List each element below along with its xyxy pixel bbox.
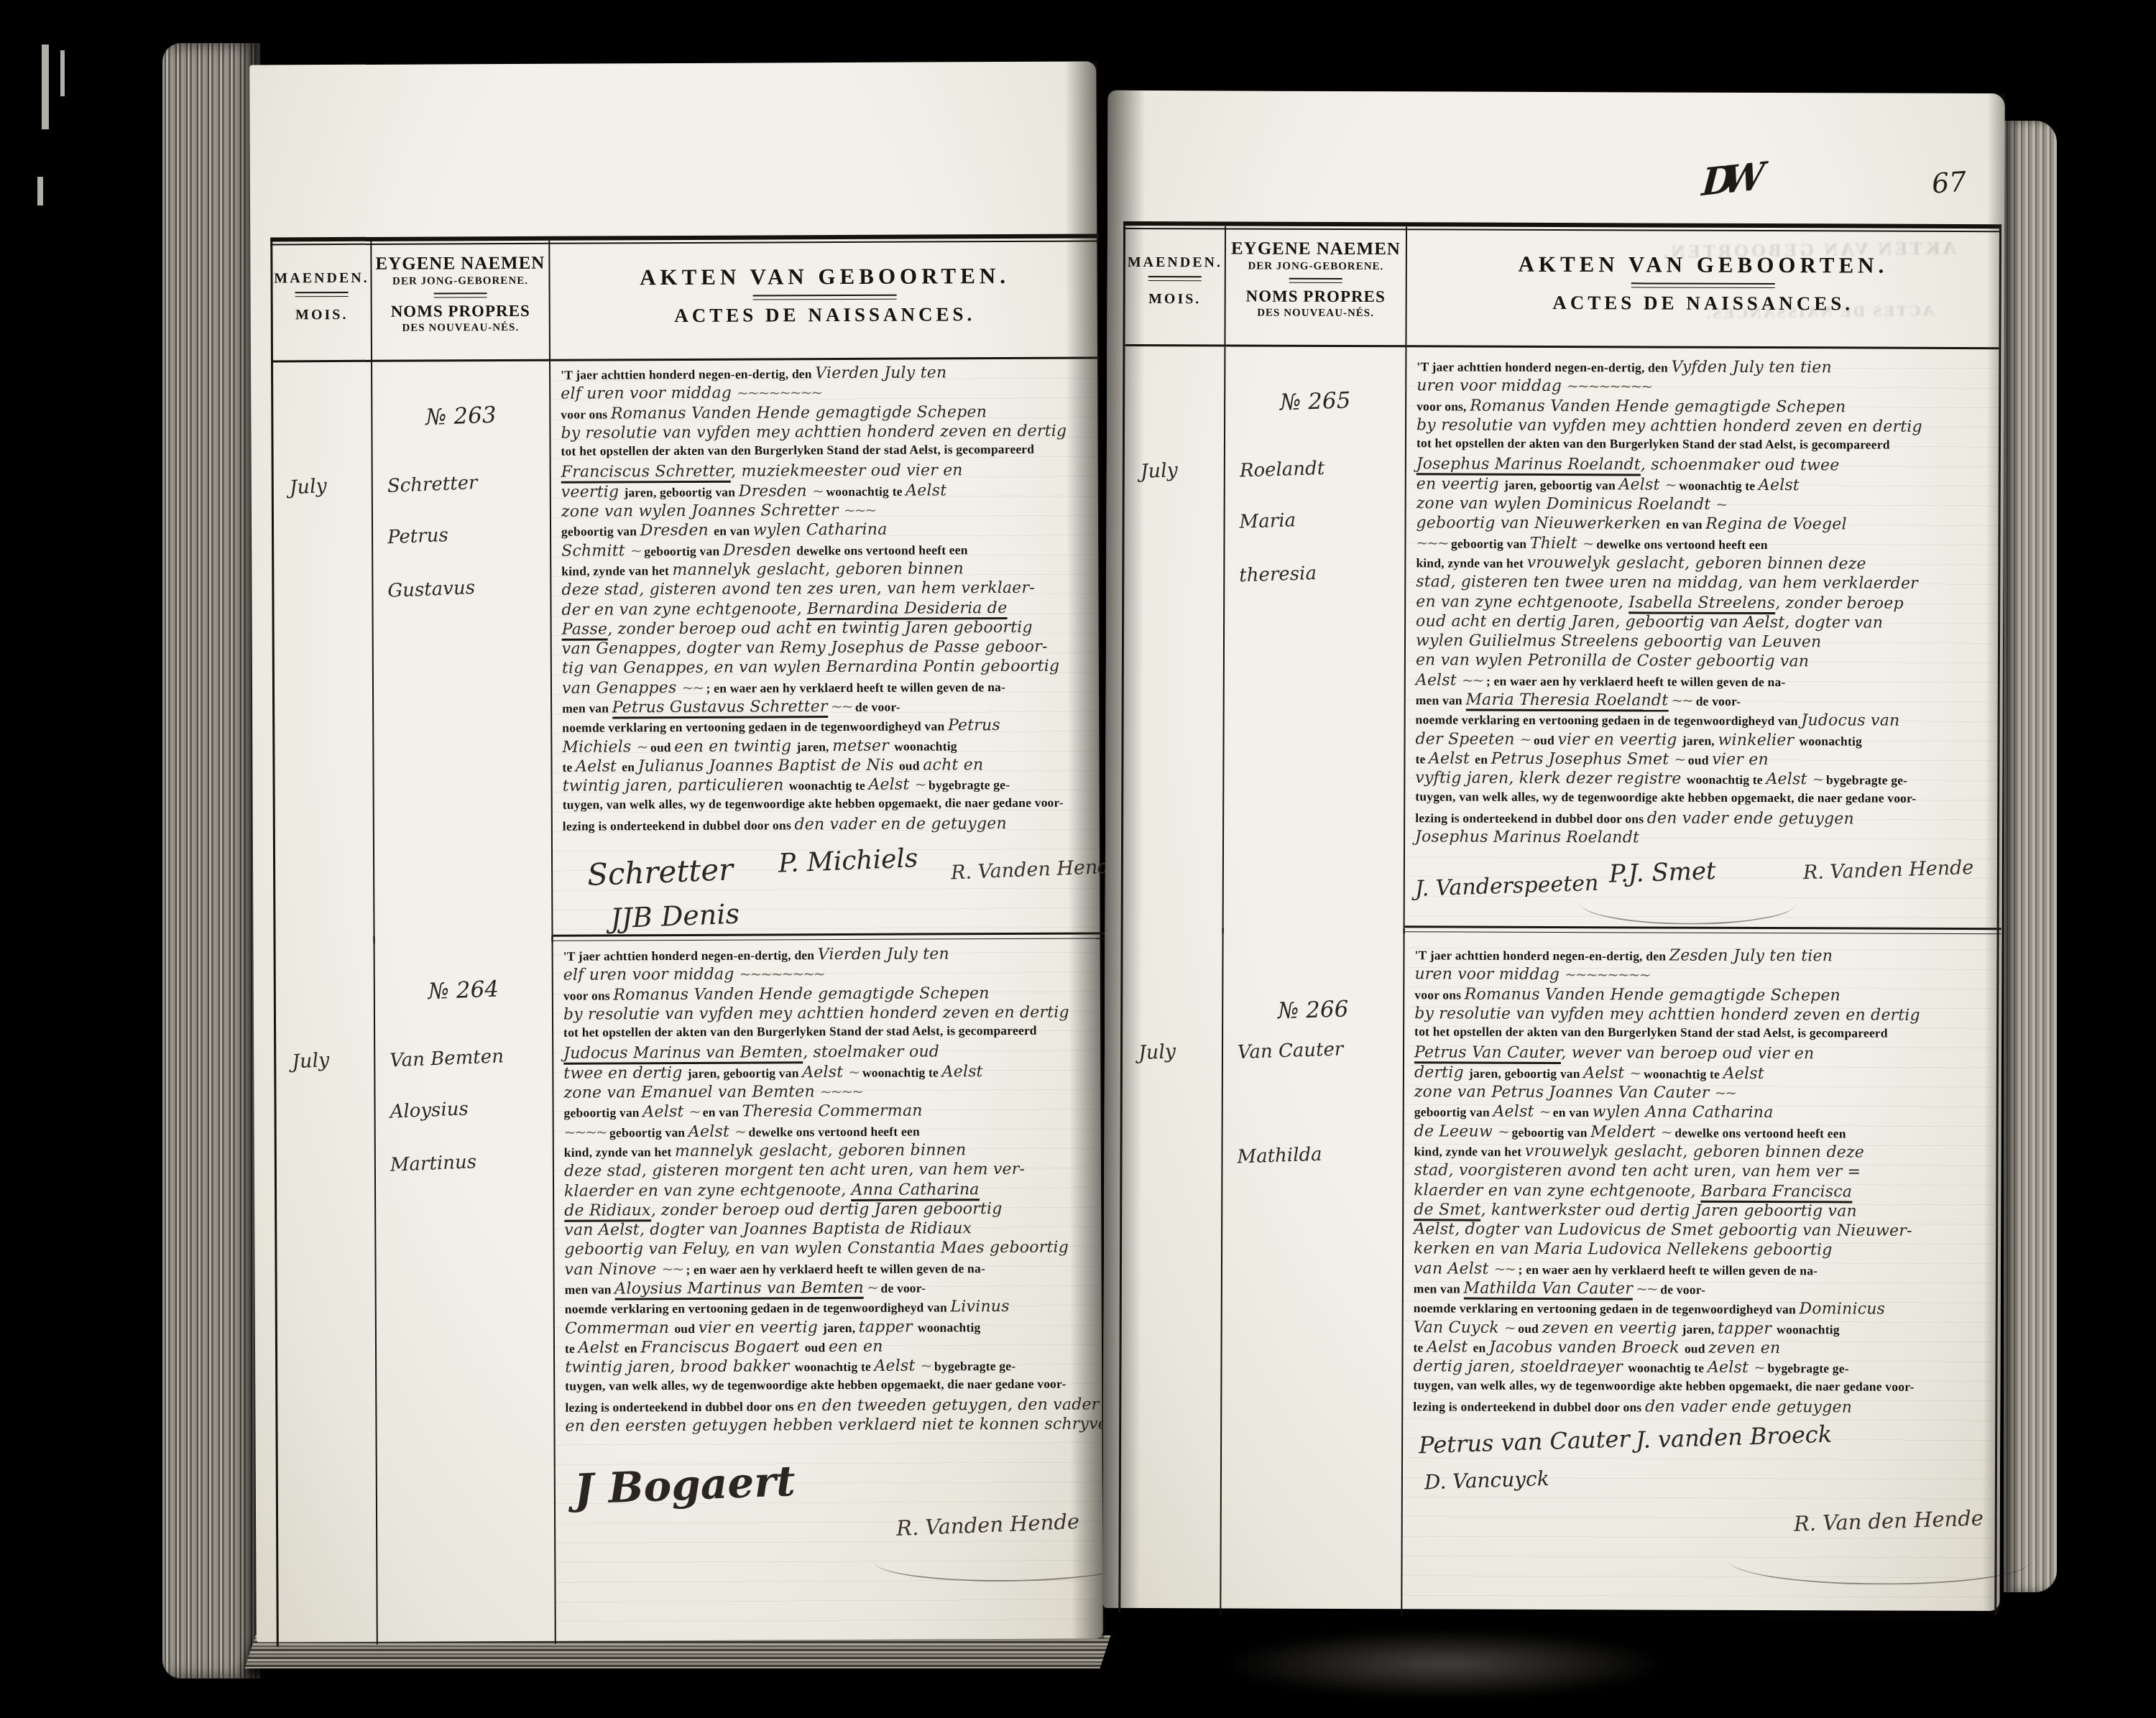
- act-text-line: twintig jaren, particulieren woonachtig …: [563, 775, 1102, 798]
- act-text: 'T jaer achttien honderd negen-en-dertig…: [1402, 928, 1996, 1617]
- header-divider: [753, 295, 897, 300]
- act-text: 'T jaer achttien honderd negen-en-dertig…: [553, 933, 1105, 1643]
- printed-form-text: dewelke ons vertoond heeft een: [1672, 1125, 1846, 1140]
- act-text-line: van Aelst ~~ ; en waer aen hy verklaerd …: [1414, 1260, 1996, 1281]
- act-text-line: voor ons, Romanus Vanden Hende gemagtigd…: [1416, 397, 1999, 418]
- handwritten-text: geboortig van Feluy, en van wylen Consta…: [564, 1239, 1069, 1259]
- header-eygene-naemen: EYGENE NAEMEN: [372, 254, 548, 274]
- handwritten-text: ~: [637, 738, 648, 755]
- printed-form-text: tuygen, van welk alles, wy de tegenwoord…: [563, 795, 1064, 811]
- act-text-line: oud acht en dertig Jaren, geboortig van …: [1416, 612, 1998, 634]
- handwritten-text: van Genappes: [562, 679, 682, 698]
- handwritten-text: ~~~: [1416, 534, 1451, 551]
- month-label: July: [289, 475, 328, 499]
- month-column-cell: July: [1120, 928, 1223, 1615]
- handwritten-text: ~~: [1633, 1280, 1657, 1297]
- signature: Petrus van Cauter: [1419, 1425, 1631, 1459]
- printed-form-text: noemde verklaring en vertooning gedaen i…: [1414, 1301, 1800, 1317]
- handwritten-text: metser: [832, 736, 894, 754]
- act-text-line: tig van Genappes, en van wylen Bernardin…: [562, 657, 1101, 680]
- act-text-line: zone van wylen Joannes Schretter ~~~: [561, 500, 1100, 522]
- printed-form-text: woonachtig te: [1676, 478, 1759, 492]
- handwritten-text: ~: [1498, 1122, 1508, 1140]
- printed-form-text: en: [625, 1341, 641, 1355]
- signature: R. Van den Hende: [1793, 1506, 1984, 1536]
- act-text-line: zone van Petrus Joannes Van Cauter ~~: [1414, 1083, 1996, 1104]
- child-name-line: Van Bemten: [390, 1045, 505, 1071]
- printed-form-text: tot het opstellen der akten van den Burg…: [561, 442, 1035, 458]
- handwritten-text: Aelst: [906, 481, 946, 499]
- act-text-line: men van Maria Theresia Roelandt ~~ de vo…: [1416, 691, 1998, 712]
- handwritten-text: Dresden: [723, 541, 796, 559]
- printed-form-text: woonachtig: [1777, 1322, 1840, 1336]
- handwritten-text: wylen Anna Catharina: [1593, 1104, 1774, 1122]
- handwritten-text: Aelst: [1759, 476, 1800, 494]
- handwritten-text: zone van wylen Dominicus Roelandt: [1416, 494, 1716, 513]
- header-actes-de-naissances: ACTES DE NAISSANCES.: [550, 303, 1100, 327]
- act-text-line: en van wylen Petronilla de Coster geboor…: [1416, 652, 1998, 673]
- handwritten-text: mannelyk geslacht, geboren binnen: [672, 560, 963, 579]
- book-page-stack-left: [162, 43, 260, 1678]
- printed-form-text: geboortig van: [1414, 1105, 1493, 1119]
- handwritten-text: , stoelmaker oud: [803, 1043, 939, 1062]
- month-label: July: [1138, 1040, 1176, 1065]
- handwritten-text: ~~: [828, 698, 852, 715]
- handwritten-text: elf uren voor middag: [561, 384, 737, 403]
- handwritten-text: deze stad, gisteren morgent ten acht ure…: [564, 1160, 1025, 1181]
- handwritten-text: dertig: [1414, 1063, 1469, 1081]
- handwritten-text: Aelst: [868, 776, 914, 794]
- handwritten-text: ~: [1539, 1103, 1553, 1120]
- printed-form-text: jaren,: [823, 1321, 859, 1335]
- handwritten-text: twintig jaren, brood bakker: [565, 1358, 795, 1377]
- printed-form-text: jaren,: [1682, 1321, 1718, 1336]
- handwritten-text: Romanus Vanden Hende gemagtigde Schepen: [1470, 397, 1846, 416]
- printed-form-text: de voor-: [877, 1281, 926, 1296]
- handwritten-text: ~: [1754, 1359, 1764, 1376]
- printed-form-text: kind, zynde van het: [1416, 555, 1526, 571]
- printed-form-text: ; en waer aen hy verklaerd heeft te will…: [1519, 1262, 1818, 1278]
- act-text-line: uren voor middag ~~~~~~~~: [1416, 377, 1999, 399]
- handwritten-text: ~: [1504, 1318, 1515, 1336]
- signatures-block: J. VanderspeetenP.J. SmetR. Vanden Hende: [1415, 848, 1997, 936]
- act-text-line: kind, zynde van het mannelyk geslacht, g…: [564, 1140, 1103, 1163]
- child-name-line: Aloysius: [390, 1098, 469, 1122]
- handwritten-text: van Aelst, dogter van Joannes Baptista d…: [564, 1219, 972, 1239]
- printed-form-text: geboortig van: [561, 525, 640, 539]
- handwritten-text: Vierden July ten: [818, 945, 949, 964]
- handwritten-text: Aelst: [1618, 476, 1664, 494]
- handwritten-text: van Genappes, dogter van Remy Josephus d…: [562, 638, 1048, 658]
- handwritten-text: Mathilda Van Cauter: [1463, 1280, 1632, 1301]
- printed-form-text: en: [1473, 1341, 1489, 1355]
- printed-form-text: en van: [1666, 517, 1705, 532]
- handwritten-monogram: DW: [1700, 155, 1754, 205]
- act-number: № 265: [1225, 386, 1406, 417]
- month-label: July: [291, 1049, 330, 1073]
- handwritten-text: den vader ende getuygen: [1647, 809, 1854, 828]
- act-text-line: Josephus Marinus Roelandt: [1415, 828, 1997, 849]
- act-text-line: noemde verklaring en vertooning gedaen i…: [1416, 711, 1998, 732]
- printed-form-text: oud: [1515, 1321, 1542, 1335]
- printed-form-text: de voor-: [852, 700, 900, 714]
- printed-form-text: te: [565, 1341, 579, 1356]
- act-text-line: stad, gisteren ten twee uren na middag, …: [1416, 573, 1998, 595]
- printed-form-text: kind, zynde van het: [564, 1145, 675, 1160]
- handwritten-text: tapper: [859, 1318, 918, 1336]
- scan-artifact: [37, 177, 43, 205]
- handwritten-text: Isabella Streelens: [1628, 594, 1775, 614]
- signatures-block: J BogaertR. Vanden Hende: [566, 1435, 1105, 1631]
- handwritten-text: klaerder en van zyne echtgenoote,: [564, 1181, 852, 1201]
- handwritten-text: Dominicus: [1799, 1301, 1885, 1318]
- printed-form-text: woonachtig te: [823, 484, 906, 499]
- printed-form-text: tuygen, van welk alles, wy de tegenwoord…: [1413, 1377, 1914, 1393]
- printed-form-text: men van: [562, 701, 612, 715]
- signature: P.J. Smet: [1608, 857, 1716, 890]
- handwritten-text: wylen Catharina: [753, 521, 887, 540]
- handwritten-text: ~: [1812, 770, 1823, 788]
- header-months: MAENDEN. MOIS.: [272, 241, 372, 363]
- printed-form-text: men van: [1414, 1281, 1464, 1296]
- handwritten-text: , zonder beroep oud acht en twintig Jare…: [607, 619, 1033, 639]
- act-text-line: geboortig van Nieuwerkerken en van Regin…: [1416, 514, 1999, 536]
- act-text-line: lezing is onderteekend in dubbel door on…: [1415, 808, 1997, 830]
- handwritten-text: Aelst: [1493, 1103, 1539, 1121]
- printed-form-text: voor ons,: [1416, 399, 1470, 413]
- act-row-263: July№ 263SchretterPetrusGustavus'T jaer …: [273, 359, 1102, 936]
- printed-form-text: ; en waer aen hy verklaerd heeft te will…: [706, 680, 1005, 696]
- printed-form-text: noemde verklaring en vertooning gedaen i…: [565, 1301, 951, 1316]
- handwritten-text: Aelst: [1416, 671, 1462, 689]
- printed-form-text: 'T jaer achttien honderd negen-en-dertig…: [1414, 948, 1669, 963]
- handwritten-text: Josephus Marinus Roelandt: [1415, 828, 1639, 846]
- act-text-line: 'T jaer achttien honderd negen-en-dertig…: [1414, 946, 1996, 967]
- scan-artifact: [42, 45, 49, 129]
- printed-form-text: lezing is onderteekend in dubbel door on…: [563, 818, 795, 833]
- handwritten-text: Romanus Vanden Hende gemagtigde Schepen: [611, 403, 987, 422]
- handwritten-text: Vierden July ten: [815, 364, 946, 382]
- printed-form-text: kind, zynde van het: [1414, 1144, 1525, 1159]
- act-text-line: van Ninove ~~ ; en waer aen hy verklaerd…: [564, 1258, 1103, 1280]
- printed-form-text: geboortig van: [1451, 536, 1530, 550]
- handwritten-text: by resolutie van vyfden mey achttien hon…: [561, 422, 1067, 443]
- printed-form-text: tuygen, van welk alles, wy de tegenwoord…: [565, 1376, 1066, 1393]
- header-names: EYGENE NAEMEN DER JONG-GEBORENE. NOMS PR…: [1225, 226, 1407, 347]
- handwritten-text: Aelst: [688, 1122, 734, 1140]
- header-maenden: MAENDEN.: [1125, 254, 1225, 271]
- handwritten-text: uren voor middag: [1416, 377, 1567, 396]
- act-text-line: lezing is onderteekend in dubbel door on…: [563, 814, 1102, 836]
- scan-shadow: [1222, 1630, 1667, 1699]
- handwritten-text: ~: [630, 542, 641, 559]
- handwritten-text: Barbara Francisca: [1701, 1182, 1852, 1203]
- printed-form-text: lezing is onderteekend in dubbel door on…: [1413, 1399, 1645, 1414]
- act-text-line: Passe, zonder beroep oud acht en twintig…: [562, 618, 1101, 640]
- handwritten-text: Vyfden July ten tien: [1671, 359, 1831, 377]
- printed-form-text: woonachtig: [1799, 734, 1862, 748]
- act-text-line: deze stad, gisteren morgent ten acht ure…: [564, 1160, 1103, 1183]
- act-text-line: men van Mathilda Van Cauter ~~ de voor-: [1414, 1279, 1996, 1301]
- printed-form-text: oud: [805, 1340, 829, 1354]
- act-text-line: en den eersten getuygen hebben verklaerd…: [565, 1415, 1104, 1438]
- handwritten-text: een en: [829, 1338, 883, 1356]
- act-text-line: deze stad, gisteren avond ten zes uren, …: [561, 579, 1100, 601]
- act-text-line: tot het opstellen der akten van den Burg…: [561, 442, 1100, 464]
- act-text-line: te Aelst en Julianus Joannes Baptist de …: [562, 755, 1101, 777]
- bleedthrough-text: AKTEN VAN GEBOORTEN.: [1661, 237, 1957, 263]
- handwritten-text: ~~: [682, 679, 706, 696]
- handwritten-text: ~~~~~~~~: [1565, 966, 1649, 983]
- handwritten-text: ~~: [1462, 671, 1486, 688]
- act-text-line: Van Cuyck ~ oud zeven en veertig jaren, …: [1414, 1318, 1996, 1340]
- register-table-right: MAENDEN. MOIS. EYGENE NAEMEN DER JONG-GE…: [1118, 221, 2001, 1615]
- signature: R. Vanden Hende: [951, 855, 1122, 884]
- handwritten-text: Judocus van: [1801, 712, 1899, 730]
- handwritten-text: Aloysius Martinus van Bemten: [614, 1279, 864, 1301]
- printed-form-text: geboortig van: [641, 543, 723, 558]
- handwritten-text: twee en dertig: [563, 1064, 688, 1083]
- act-text-line: de Smet, kantwerkster oud dertig Jaren g…: [1414, 1201, 1996, 1222]
- handwritten-text: Romanus Vanden Hende gemagtigde Schepen: [613, 984, 989, 1004]
- printed-form-text: te: [562, 760, 576, 775]
- handwritten-text: veertig: [561, 483, 625, 501]
- handwritten-text: Aelst: [642, 1103, 688, 1121]
- act-text-line: dertig jaren, geboortig van Aelst ~ woon…: [1414, 1063, 1996, 1085]
- act-text-line: kind, zynde van het vrouwelyk geslacht, …: [1416, 553, 1998, 575]
- act-text-line: klaerder en van zyne echtgenoote, Barbar…: [1414, 1181, 1996, 1203]
- table-body-left: July№ 263SchretterPetrusGustavus'T jaer …: [273, 359, 1105, 1645]
- header-acts: AKTEN VAN GEBOORTEN. ACTES DE NAISSANCES…: [550, 238, 1100, 361]
- act-text: 'T jaer achttien honderd negen-en-dertig…: [1405, 347, 1999, 936]
- handwritten-text: vier en veertig: [1557, 731, 1682, 749]
- act-text-line: Schmitt ~ geboortig van Dresden dewelke …: [561, 540, 1100, 562]
- printed-form-text: bygebragte ge-: [925, 777, 1010, 793]
- act-text-line: Franciscus Schretter, muziekmeester oud …: [561, 461, 1100, 484]
- act-text-line: zone van wylen Dominicus Roelandt ~: [1416, 494, 1999, 516]
- header-jong-geborene: DER JONG-GEBORENE.: [372, 275, 548, 288]
- signature: P. Michiels: [778, 844, 918, 879]
- act-text-line: vyftig jaren, klerk dezer registre woona…: [1415, 770, 1997, 791]
- printed-form-text: jaren, geboortig van: [1469, 1066, 1583, 1081]
- handwritten-text: Regina de Voegel: [1705, 515, 1847, 534]
- handwritten-text: Aelst: [1429, 749, 1475, 767]
- printed-form-text: jaren, geboortig van: [624, 484, 739, 499]
- scanned-register-photo: MAENDEN. MOIS. EYGENE NAEMEN DER JONG-GE…: [0, 0, 2156, 1718]
- handwritten-text: Aelst: [874, 1357, 920, 1375]
- handwritten-text: by resolutie van vyfden mey achttien hon…: [563, 1004, 1069, 1024]
- printed-form-text: woonachtig te: [1640, 1066, 1723, 1081]
- handwritten-text: ~: [921, 1357, 931, 1375]
- handwritten-text: ~~: [1715, 1084, 1736, 1102]
- act-text-line: en van zyne echtgenoote, Isabella Streel…: [1416, 593, 1998, 614]
- handwritten-text: ~: [848, 1063, 859, 1081]
- act-text-line: Josephus Marinus Roelandt, schoenmaker o…: [1416, 456, 1999, 477]
- header-noms-propres: NOMS PROPRES: [1226, 287, 1406, 306]
- act-text-line: Commerman oud vier en veertig jaren, tap…: [565, 1317, 1104, 1339]
- act-text-line: tot het opstellen der akten van den Burg…: [563, 1023, 1102, 1045]
- printed-form-text: de voor-: [1692, 694, 1741, 708]
- signatures-block: Petrus van CauterJ. vanden BroeckD. Vanc…: [1412, 1416, 1995, 1584]
- act-text-line: tuygen, van welk alles, wy de tegenwoord…: [1413, 1377, 1995, 1399]
- handwritten-text: stad, voorgisteren avond ten acht uren, …: [1414, 1162, 1861, 1181]
- printed-form-text: voor ons: [1414, 987, 1465, 1002]
- act-text-line: elf uren voor middag ~~~~~~~~: [561, 383, 1100, 405]
- act-text-line: wylen Guilielmus Streelens geboortig van…: [1416, 632, 1998, 653]
- handwritten-text: der en van zyne echtgenoote,: [561, 600, 807, 619]
- signature: Schretter: [586, 851, 734, 892]
- handwritten-text: Petrus Van Cauter: [1414, 1044, 1561, 1065]
- act-text-line: voor ons Romanus Vanden Hende gemagtigde…: [563, 984, 1102, 1006]
- act-text-line: dertig jaren, stoeldraeyer woonachtig te…: [1413, 1358, 1995, 1380]
- header-acts: AKTEN VAN GEBOORTEN. ACTES DE NAISSANCES…: [1406, 226, 1999, 349]
- act-text-line: kind, zynde van het vrouwelyk geslacht, …: [1414, 1142, 1996, 1163]
- handwritten-text: de Smet: [1414, 1201, 1480, 1221]
- handwritten-text: der Speeten: [1415, 730, 1519, 749]
- handwritten-text: Franciscus Bogaert: [640, 1338, 804, 1357]
- act-number: № 264: [374, 974, 552, 1007]
- printed-form-text: kind, zynde van het: [561, 563, 672, 578]
- printed-form-text: noemde verklaring en vertooning gedaen i…: [562, 719, 948, 735]
- handwritten-text: ~~~~~~~~: [1567, 377, 1651, 394]
- register-table-left: MAENDEN. MOIS. EYGENE NAEMEN DER JONG-GE…: [270, 234, 1105, 1646]
- handwritten-text: ~: [915, 776, 926, 793]
- act-text-line: kerken en van Maria Ludovica Nellekens g…: [1414, 1240, 1996, 1262]
- header-nouveau-nes: DES NOUVEAU-NÉS.: [372, 322, 549, 335]
- handwritten-text: van Aelst: [1414, 1260, 1494, 1278]
- printed-form-text: jaren,: [1682, 733, 1718, 747]
- handwritten-text: ~~: [1494, 1260, 1519, 1277]
- printed-form-text: tuygen, van welk alles, wy de tegenwoord…: [1415, 789, 1916, 805]
- handwritten-text: Aelst: [1708, 1359, 1754, 1377]
- handwritten-text: Theresia Commerman: [742, 1102, 923, 1121]
- printed-form-text: 'T jaer achttien honderd negen-en-dertig…: [1416, 359, 1671, 374]
- act-text-line: kind, zynde van het mannelyk geslacht, g…: [561, 559, 1100, 581]
- handwritten-text: Petrus: [948, 716, 1000, 734]
- act-text-line: tuygen, van welk alles, wy de tegenwoord…: [565, 1376, 1104, 1398]
- printed-form-text: oud: [647, 740, 674, 754]
- printed-form-text: woonachtig te: [789, 778, 869, 793]
- handwritten-text: zeven en: [1708, 1339, 1780, 1357]
- handwritten-text: tig van Genappes, en van wylen Bernardin…: [562, 657, 1059, 678]
- printed-form-text: men van: [565, 1282, 615, 1296]
- handwritten-text: ~~~~~~~~: [737, 384, 821, 402]
- child-name-line: Petrus: [387, 525, 449, 548]
- handwritten-text: zone van Emanuel van Bemten: [563, 1083, 820, 1102]
- handwritten-text: ~~~~: [564, 1123, 609, 1140]
- handwritten-text: Aelst: [1583, 1064, 1629, 1082]
- act-text-line: van Aelst, dogter van Joannes Baptista d…: [564, 1219, 1103, 1242]
- month-column-cell: July: [1123, 346, 1226, 933]
- act-text-line: noemde verklaring en vertooning gedaen i…: [565, 1298, 1104, 1320]
- handwritten-text: ~: [1665, 476, 1676, 493]
- child-name-line: Martinus: [390, 1151, 476, 1176]
- handwritten-text: deze stad, gisteren avond ten zes uren, …: [561, 579, 1034, 599]
- handwritten-text: ~: [1630, 1064, 1641, 1081]
- printed-form-text: 'T jaer achttien honderd negen-en-dertig…: [561, 366, 815, 382]
- handwritten-text: ~: [1715, 496, 1726, 513]
- act-text-line: twintig jaren, brood bakker woonachtig t…: [565, 1357, 1104, 1379]
- printed-form-text: en: [1475, 752, 1491, 767]
- printed-form-text: geboortig van: [609, 1125, 688, 1140]
- handwritten-text: Aelst: [802, 1063, 848, 1081]
- header-divider: [295, 292, 349, 297]
- header-divider: [434, 292, 487, 297]
- handwritten-text: zeven en veertig: [1542, 1319, 1682, 1338]
- handwritten-text: en van wylen Petronilla de Coster geboor…: [1416, 652, 1809, 671]
- handwritten-text: geboortig van Nieuwerkerken: [1416, 514, 1667, 533]
- handwritten-text: Aelst, dogter van Ludovicus de Smet gebo…: [1414, 1220, 1912, 1239]
- printed-form-text: woonachtig te: [1628, 1361, 1708, 1375]
- handwritten-text: stad, gisteren ten twee uren na middag, …: [1416, 573, 1918, 593]
- printed-form-text: woonachtig: [918, 1320, 981, 1334]
- act-text-line: voor ons Romanus Vanden Hende gemagtigde…: [561, 402, 1100, 425]
- printed-form-text: jaren,: [797, 739, 833, 754]
- handwritten-text: Aelst: [579, 1339, 625, 1357]
- header-nouveau-nes: DES NOUVEAU-NÉS.: [1226, 307, 1406, 320]
- printed-form-text: dewelke ons vertoond heeft een: [796, 542, 967, 558]
- printed-form-text: en van: [1553, 1105, 1593, 1119]
- act-text-line: der en van zyne echtgenoote, Bernardina …: [561, 599, 1100, 621]
- header-maenden: MAENDEN.: [272, 270, 370, 287]
- printed-form-text: te: [1414, 1340, 1427, 1354]
- act-text-line: geboortig van Feluy, en van wylen Consta…: [564, 1239, 1103, 1261]
- printed-form-text: en van: [703, 1105, 742, 1119]
- handwritten-text: Josephus Marinus Roelandt: [1416, 456, 1641, 476]
- printed-form-text: oud: [899, 758, 923, 772]
- bleedthrough-text: ACTES DE NAISSANCES.: [1705, 301, 1935, 323]
- header-divider: [1148, 276, 1202, 281]
- act-text: 'T jaer achttien honderd negen-en-dertig…: [550, 359, 1102, 942]
- handwritten-text: en veertig: [1416, 475, 1504, 493]
- names-column-cell: № 264Van BemtenAloysiusMartinus: [375, 936, 556, 1645]
- printed-form-text: bygebragte ge-: [1764, 1361, 1849, 1375]
- header-mois: MOIS.: [1125, 291, 1225, 308]
- handwritten-text: , kantwerkster oud dertig Jaren geboorti…: [1481, 1201, 1857, 1221]
- handwritten-text: ~~: [1668, 692, 1692, 709]
- handwritten-text: Dresden: [640, 522, 714, 540]
- header-jong-geborene: DER JONG-GEBORENE.: [1226, 260, 1406, 273]
- book-page-right: MAENDEN. MOIS. EYGENE NAEMEN DER JONG-GE…: [1102, 91, 2004, 1611]
- header-divider: [1631, 282, 1775, 288]
- handwritten-text: tapper: [1718, 1319, 1777, 1337]
- act-text-line: geboortig van Aelst ~ en van Theresia Co…: [564, 1102, 1103, 1124]
- act-text-line: by resolutie van vyfden mey achttien hon…: [1414, 1005, 1996, 1026]
- handwritten-text: by resolutie van vyfden mey achttien hon…: [1416, 416, 1922, 435]
- act-text-line: noemde verklaring en vertooning gedaen i…: [1414, 1299, 1996, 1321]
- month-label: July: [1140, 459, 1179, 484]
- printed-form-text: tot het opstellen der akten van den Burg…: [1416, 436, 1890, 452]
- printed-form-text: voor ons: [561, 407, 611, 421]
- printed-form-text: dewelke ons vertoond heeft een: [1593, 537, 1768, 552]
- handwritten-text: Livinus: [950, 1298, 1009, 1316]
- handwritten-text: Bernardina Desideria de: [807, 599, 1007, 620]
- act-text-line: lezing is onderteekend in dubbel door on…: [565, 1395, 1104, 1418]
- handwritten-text: ~: [1674, 751, 1685, 768]
- handwritten-text: Schmitt: [561, 542, 630, 560]
- handwritten-text: vrouwelyk geslacht, geboren binnen deze: [1525, 1142, 1864, 1162]
- act-text-line: by resolutie van vyfden mey achttien hon…: [563, 1003, 1102, 1025]
- handwritten-text: ~: [689, 1103, 703, 1120]
- handwritten-text: Aelst: [1766, 770, 1812, 788]
- act-text-line: te Aelst en Franciscus Bogaert oud een e…: [565, 1336, 1104, 1359]
- book-page-left: MAENDEN. MOIS. EYGENE NAEMEN DER JONG-GE…: [249, 61, 1103, 1642]
- handwritten-text: Aelst: [1427, 1338, 1473, 1356]
- handwritten-text: vrouwelyk geslacht, geboren binnen deze: [1527, 554, 1866, 573]
- handwritten-text: Aelst: [942, 1063, 983, 1081]
- signature: D. Vancuyck: [1424, 1467, 1549, 1494]
- handwritten-text: ~: [734, 1122, 745, 1140]
